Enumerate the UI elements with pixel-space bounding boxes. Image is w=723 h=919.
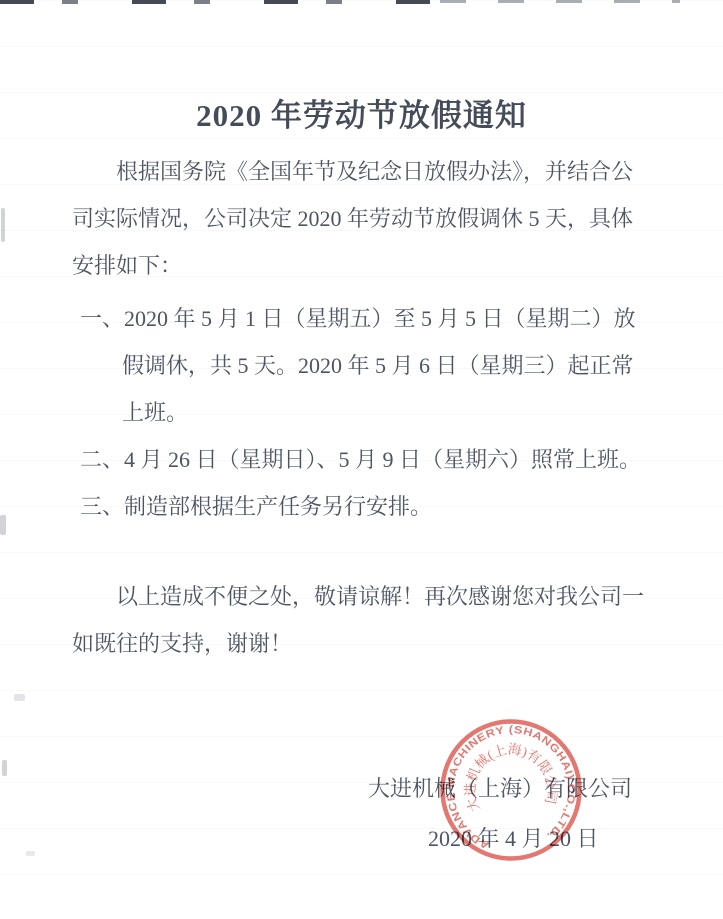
list-item-1-line: 上班。 — [72, 389, 641, 436]
scan-speck — [1, 208, 5, 242]
body-line: 根据国务院《全国年节及纪念日放假办法》，并结合公 — [72, 148, 641, 195]
scan-speck — [2, 760, 7, 776]
scan-speck — [0, 515, 6, 535]
closing-line: 如既往的支持，谢谢！ — [72, 620, 644, 667]
closing-line: 以上造成不便之处，敬请谅解！再次感谢您对我公司一 — [72, 573, 644, 620]
list-item-1-line: 假调休，共 5 天。2020 年 5 月 6 日（星期三）起正常 — [72, 342, 641, 389]
notice-title: 2020 年劳动节放假通知 — [0, 90, 723, 135]
scanned-notice-page: 2020 年劳动节放假通知 根据国务院《全国年节及纪念日放假办法》，并结合公 司… — [0, 0, 723, 919]
list-item-2: 二、4 月 26 日（星期日）、5 月 9 日（星期六）照常上班。 — [72, 436, 641, 483]
closing-paragraph: 以上造成不便之处，敬请谅解！再次感谢您对我公司一 如既往的支持，谢谢！ — [72, 573, 644, 667]
body-line: 司实际情况，公司决定 2020 年劳动节放假调休 5 天，具体 — [72, 195, 641, 242]
signature-date: 2020 年 4 月 20 日 — [428, 822, 599, 853]
scan-speck — [14, 694, 25, 701]
body-line: 安排如下： — [72, 242, 641, 289]
scan-speck — [26, 851, 35, 856]
list-item-3: 三、制造部根据生产任务另行安排。 — [72, 483, 641, 530]
scan-edge-artifact — [0, 0, 430, 4]
list-item-1-line: 一、2020 年 5 月 1 日（星期五）至 5 月 5 日（星期二）放 — [72, 295, 641, 342]
notice-body: 根据国务院《全国年节及纪念日放假办法》，并结合公 司实际情况，公司决定 2020… — [72, 148, 641, 530]
scan-edge-artifact-light — [440, 0, 680, 3]
signature-company: 大进机械（上海）有限公司 — [368, 772, 632, 803]
